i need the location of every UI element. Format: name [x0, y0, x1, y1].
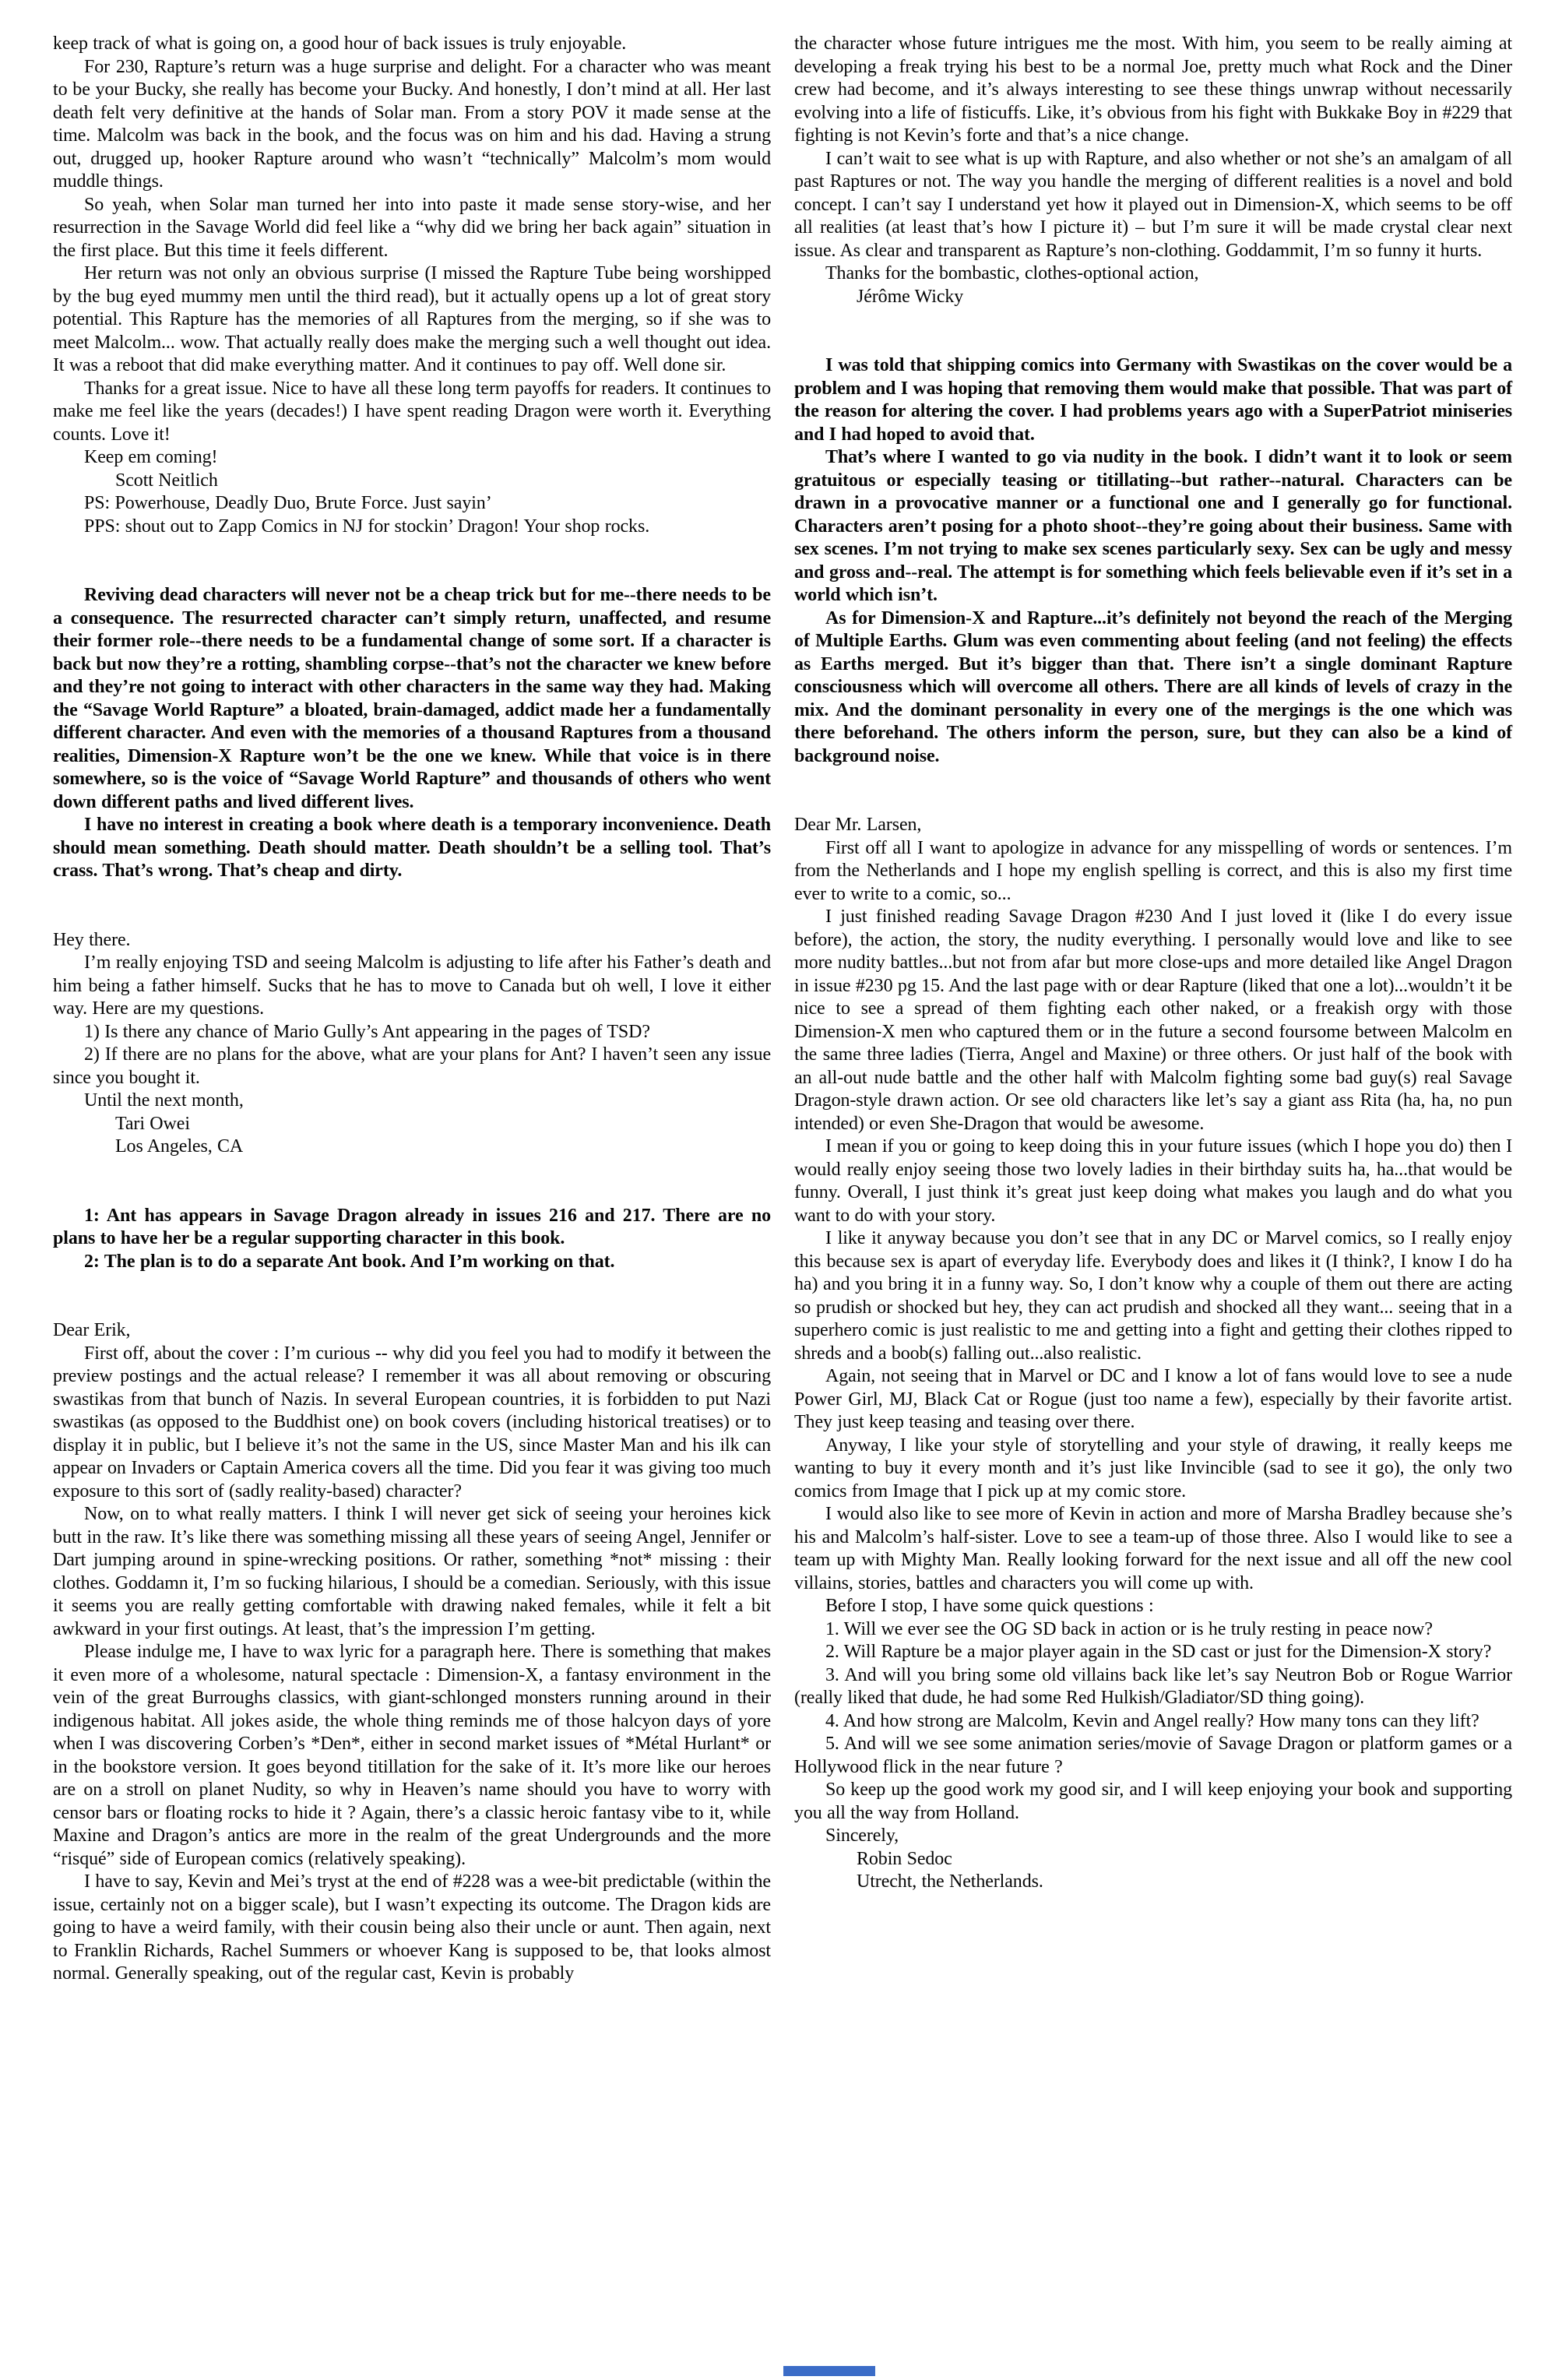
letters-column-right: the character whose future intrigues me … [794, 33, 1512, 1894]
editor-reply-3: I was told that shipping comics into Ger… [794, 354, 1512, 768]
paragraph: I would also like to see more of Kevin i… [794, 1503, 1512, 1595]
paragraph: Jérôme Wicky [794, 286, 1512, 309]
paragraph: Hey there. [53, 929, 771, 952]
paragraph: Until the next month, [53, 1090, 771, 1113]
blue-highlight-artifact [783, 2366, 875, 2376]
paragraph: 2: The plan is to do a separate Ant book… [53, 1251, 771, 1274]
paragraph: Utrecht, the Netherlands. [794, 1871, 1512, 1894]
paragraph: Reviving dead characters will never not … [53, 584, 771, 814]
paragraph: Tari Owei [53, 1113, 771, 1136]
paragraph: 3. And will you bring some old villains … [794, 1664, 1512, 1710]
paragraph: Before I stop, I have some quick questio… [794, 1595, 1512, 1618]
paragraph: I mean if you or going to keep doing thi… [794, 1135, 1512, 1227]
paragraph: Robin Sedoc [794, 1848, 1512, 1871]
letters-column-left: keep track of what is going on, a good h… [53, 33, 771, 1986]
paragraph: Her return was not only an obvious surpr… [53, 262, 771, 378]
paragraph: PS: Powerhouse, Deadly Duo, Brute Force.… [53, 492, 771, 516]
paragraph: I can’t wait to see what is up with Rapt… [794, 148, 1512, 263]
letter-jerome-wicky-part-2: the character whose future intrigues me … [794, 33, 1512, 308]
paragraph: I just finished reading Savage Dragon #2… [794, 906, 1512, 1135]
paragraph: Thanks for the bombastic, clothes-option… [794, 262, 1512, 286]
paragraph: Again, not seeing that in Marvel or DC a… [794, 1365, 1512, 1435]
paragraph: 2. Will Rapture be a major player again … [794, 1641, 1512, 1664]
letter-robin-sedoc: Dear Mr. Larsen,First off all I want to … [794, 814, 1512, 1894]
paragraph: Dear Erik, [53, 1319, 771, 1343]
paragraph: For 230, Rapture’s return was a huge sur… [53, 56, 771, 194]
letter-scott-neitlich: keep track of what is going on, a good h… [53, 33, 771, 538]
paragraph: 5. And will we see some animation series… [794, 1733, 1512, 1779]
letter-jerome-wicky-part-1: Dear Erik,First off, about the cover : I… [53, 1319, 771, 1986]
paragraph: Los Angeles, CA [53, 1135, 771, 1159]
editor-reply-1: Reviving dead characters will never not … [53, 584, 771, 883]
paragraph: Thanks for a great issue. Nice to have a… [53, 378, 771, 447]
paragraph: 2) If there are no plans for the above, … [53, 1044, 771, 1090]
paragraph: So yeah, when Solar man turned her into … [53, 194, 771, 263]
paragraph: 1: Ant has appears in Savage Dragon alre… [53, 1205, 771, 1251]
paragraph: I like it anyway because you don’t see t… [794, 1227, 1512, 1365]
letters-page: keep track of what is going on, a good h… [0, 0, 1548, 2380]
paragraph: I’m really enjoying TSD and seeing Malco… [53, 952, 771, 1021]
paragraph: Anyway, I like your style of storytellin… [794, 1435, 1512, 1504]
paragraph: Sincerely, [794, 1825, 1512, 1848]
paragraph: the character whose future intrigues me … [794, 33, 1512, 148]
paragraph: I have to say, Kevin and Mei’s tryst at … [53, 1871, 771, 1986]
paragraph: PPS: shout out to Zapp Comics in NJ for … [53, 516, 771, 539]
paragraph: I was told that shipping comics into Ger… [794, 354, 1512, 446]
paragraph: As for Dimension-X and Rapture...it’s de… [794, 607, 1512, 769]
paragraph: keep track of what is going on, a good h… [53, 33, 771, 56]
letter-tari-owei: Hey there.I’m really enjoying TSD and se… [53, 929, 771, 1159]
paragraph: I have no interest in creating a book wh… [53, 814, 771, 883]
editor-reply-2: 1: Ant has appears in Savage Dragon alre… [53, 1205, 771, 1274]
paragraph: That’s where I wanted to go via nudity i… [794, 446, 1512, 607]
paragraph: Now, on to what really matters. I think … [53, 1503, 771, 1641]
paragraph: 1. Will we ever see the OG SD back in ac… [794, 1618, 1512, 1642]
paragraph: Dear Mr. Larsen, [794, 814, 1512, 837]
paragraph: 4. And how strong are Malcolm, Kevin and… [794, 1710, 1512, 1734]
paragraph: Scott Neitlich [53, 470, 771, 493]
paragraph: Keep em coming! [53, 446, 771, 470]
paragraph: Please indulge me, I have to wax lyric f… [53, 1641, 771, 1871]
paragraph: So keep up the good work my good sir, an… [794, 1779, 1512, 1825]
paragraph: First off, about the cover : I’m curious… [53, 1343, 771, 1504]
paragraph: 1) Is there any chance of Mario Gully’s … [53, 1021, 771, 1044]
paragraph: First off all I want to apologize in adv… [794, 837, 1512, 907]
